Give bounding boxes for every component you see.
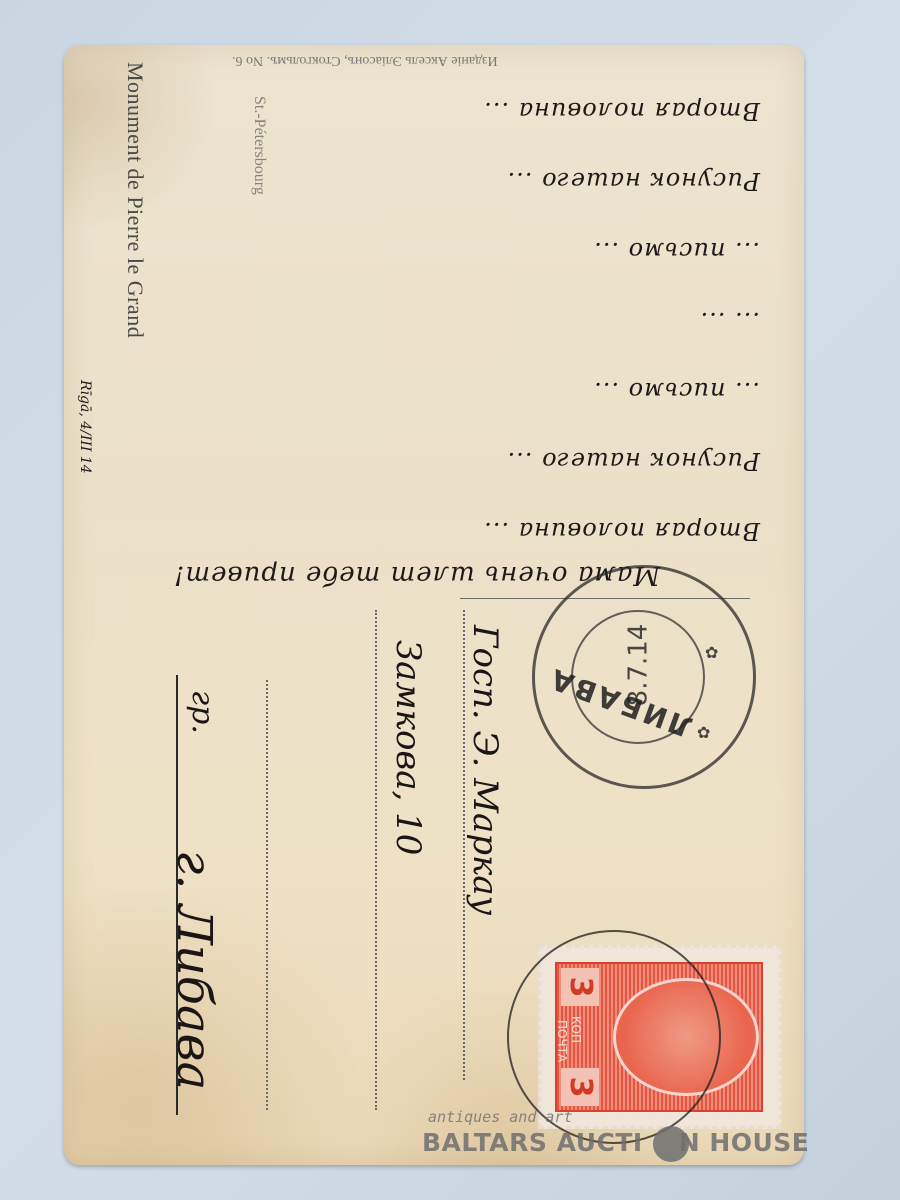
- message-line: Рисунок нашего ...: [507, 167, 760, 195]
- watermark-title-left: BALTARS AUCTI: [422, 1128, 643, 1157]
- address-line: [266, 680, 268, 1110]
- printed-caption: Monument de Pierre le Grand: [122, 62, 148, 338]
- message-line: ... письмо ...: [593, 237, 760, 265]
- message-line: Рисунок нашего ...: [507, 447, 760, 475]
- address-line1: Госп. Э. Маркау: [465, 625, 505, 915]
- printed-publisher: Изданіе Аксель Эліасонъ, Стокгольмъ. No …: [232, 52, 498, 68]
- watermark-title: BALTARS AUCTIN HOUSE: [422, 1128, 809, 1157]
- address-prefix: гр.: [185, 690, 220, 734]
- message-line: Вторая половина ...: [483, 517, 760, 545]
- printed-city: St.-Pétersbourg: [250, 96, 268, 195]
- auction-logo-icon: [653, 1126, 689, 1162]
- postmark-star-icon: ✿: [697, 723, 710, 743]
- address-line3: г. Либава: [166, 850, 222, 1090]
- address-line2: Замкова, 10: [388, 640, 428, 855]
- message-line: ... ...: [700, 307, 760, 335]
- message-line: Вторая половина ...: [483, 97, 760, 125]
- message-date: Rīgā, 4/III 14: [77, 380, 93, 474]
- message-line: ... письмо ...: [593, 377, 760, 405]
- watermark: antiques and art BALTARS AUCTIN HOUSE: [410, 1100, 830, 1180]
- postmark: ЛИБАВА 8.7.14 ✿ ✿: [532, 565, 756, 789]
- postmark-date: 8.7.14: [623, 624, 653, 707]
- postmark-star-icon: ✿: [705, 643, 718, 663]
- watermark-title-right: N HOUSE: [679, 1128, 810, 1157]
- address-line: [375, 610, 377, 1110]
- watermark-subtitle: antiques and art: [428, 1108, 573, 1126]
